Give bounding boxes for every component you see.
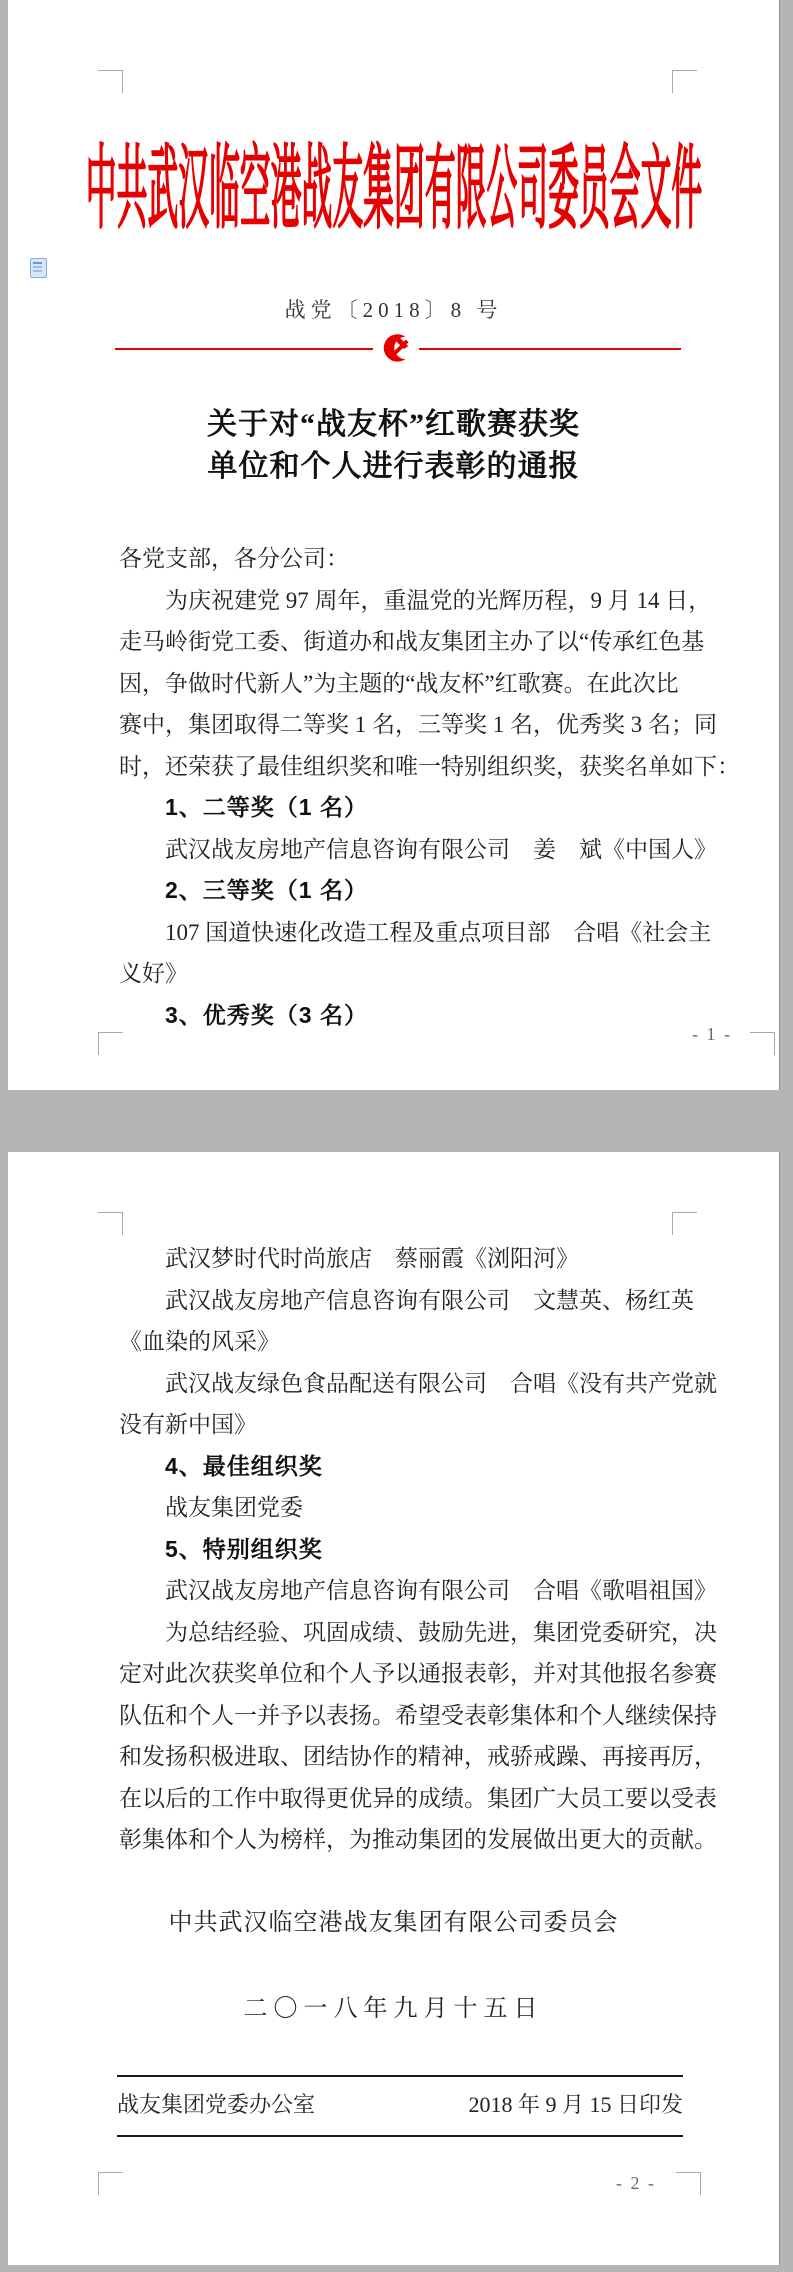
body-line: 赛中，集团取得二等奖 1 名，三等奖 1 名，优秀奖 3 名；同 [119,704,683,746]
salutation: 各党支部，各分公司： [119,538,683,580]
body-line: 武汉战友房地产信息咨询有限公司 合唱《歌唱祖国》 [119,1570,683,1612]
page-number: - 1 - [692,1024,732,1045]
signature-date: 二〇一八年九月十五日 [8,1988,779,2023]
document-title-line2: 单位和个人进行表彰的通报 [8,446,779,488]
crop-mark [672,70,697,93]
annotation-icon[interactable] [30,258,47,278]
page2-body: 武汉梦时代时尚旅店 蔡丽霞《浏阳河》 武汉战友房地产信息咨询有限公司 文慧英、杨… [119,1238,683,1861]
footer-issuing-office: 战友集团党委办公室 [117,2088,315,2119]
body-line: 定对此次获奖单位和个人予以通报表彰，并对其他报名参赛 [119,1653,683,1695]
crop-mark [98,70,123,93]
body-line: 武汉战友绿色食品配送有限公司 合唱《没有共产党就 [119,1363,683,1405]
document-title: 关于对“战友杯”红歌赛获奖 单位和个人进行表彰的通报 [8,404,779,488]
crop-mark [98,2172,123,2195]
page1-body: 各党支部，各分公司： 为庆祝建党 97 周年，重温党的光辉历程，9 月 14 日… [119,538,683,1036]
body-line: 为总结经验、巩固成绩、鼓励先进，集团党委研究，决 [119,1612,683,1654]
party-emblem-icon [373,330,419,368]
body-line: 为庆祝建党 97 周年，重温党的光辉历程，9 月 14 日， [119,580,683,622]
body-line: 队伍和个人一并予以表扬。希望受表彰集体和个人继续保持 [119,1695,683,1737]
crop-mark [672,1212,697,1235]
doc-number: 战党〔2018〕8 号 [8,294,779,324]
award-heading: 4、最佳组织奖 [119,1446,683,1488]
crop-mark [676,2172,701,2195]
masthead-title: 中共武汉临空港战友集团有限公司委员会文件 [85,140,701,238]
masthead-banner: 中共武汉临空港战友集团有限公司委员会文件 [8,140,779,238]
footer-rule-top [117,2075,683,2077]
body-line: 走马岭街党工委、街道办和战友集团主办了以“传承红色基 [119,621,683,663]
document-page-1: 中共武汉临空港战友集团有限公司委员会文件 战党〔2018〕8 号 关于对“战友杯… [8,0,780,1090]
body-line: 武汉梦时代时尚旅店 蔡丽霞《浏阳河》 [119,1238,683,1280]
body-line: 义好》 [119,953,683,995]
award-heading: 2、三等奖（1 名） [119,870,683,912]
body-line: 战友集团党委 [119,1487,683,1529]
document-title-line1: 关于对“战友杯”红歌赛获奖 [8,404,779,446]
body-line: 在以后的工作中取得更优异的成绩。集团广大员工要以受表 [119,1778,683,1820]
issuing-authority-signature: 中共武汉临空港战友集团有限公司委员会 [8,1902,779,1937]
body-line: 武汉战友房地产信息咨询有限公司 姜 斌《中国人》 [119,829,683,871]
body-line: 因，争做时代新人”为主题的“战友杯”红歌赛。在此次比 [119,663,683,705]
body-line: 武汉战友房地产信息咨询有限公司 文慧英、杨红英 [119,1280,683,1322]
crop-mark [750,1032,775,1055]
body-line: 彰集体和个人为榜样，为推动集团的发展做出更大的贡献。 [119,1819,683,1861]
page-number: - 2 - [616,2173,656,2194]
footer-print-date: 2018 年 9 月 15 日印发 [468,2088,683,2119]
body-line: 107 国道快速化改造工程及重点项目部 合唱《社会主 [119,912,683,954]
award-heading: 1、二等奖（1 名） [119,787,683,829]
award-heading: 3、优秀奖（3 名） [119,995,683,1037]
body-line: 没有新中国》 [119,1404,683,1446]
document-viewer: { "colors": { "accent_red": "#e60000", "… [0,0,793,2272]
crop-mark [98,1212,123,1235]
document-page-2: 武汉梦时代时尚旅店 蔡丽霞《浏阳河》 武汉战友房地产信息咨询有限公司 文慧英、杨… [8,1152,780,2265]
body-line: 《血染的风采》 [119,1321,683,1363]
body-line: 和发扬积极进取、团结协作的精神，戒骄戒躁、再接再厉， [119,1736,683,1778]
body-line: 时，还荣获了最佳组织奖和唯一特别组织奖，获奖名单如下： [119,746,683,788]
footer-line: 战友集团党委办公室 2018 年 9 月 15 日印发 [117,2088,683,2119]
award-heading: 5、特别组织奖 [119,1529,683,1571]
footer-rule-bottom [117,2135,683,2137]
crop-mark [98,1032,123,1055]
